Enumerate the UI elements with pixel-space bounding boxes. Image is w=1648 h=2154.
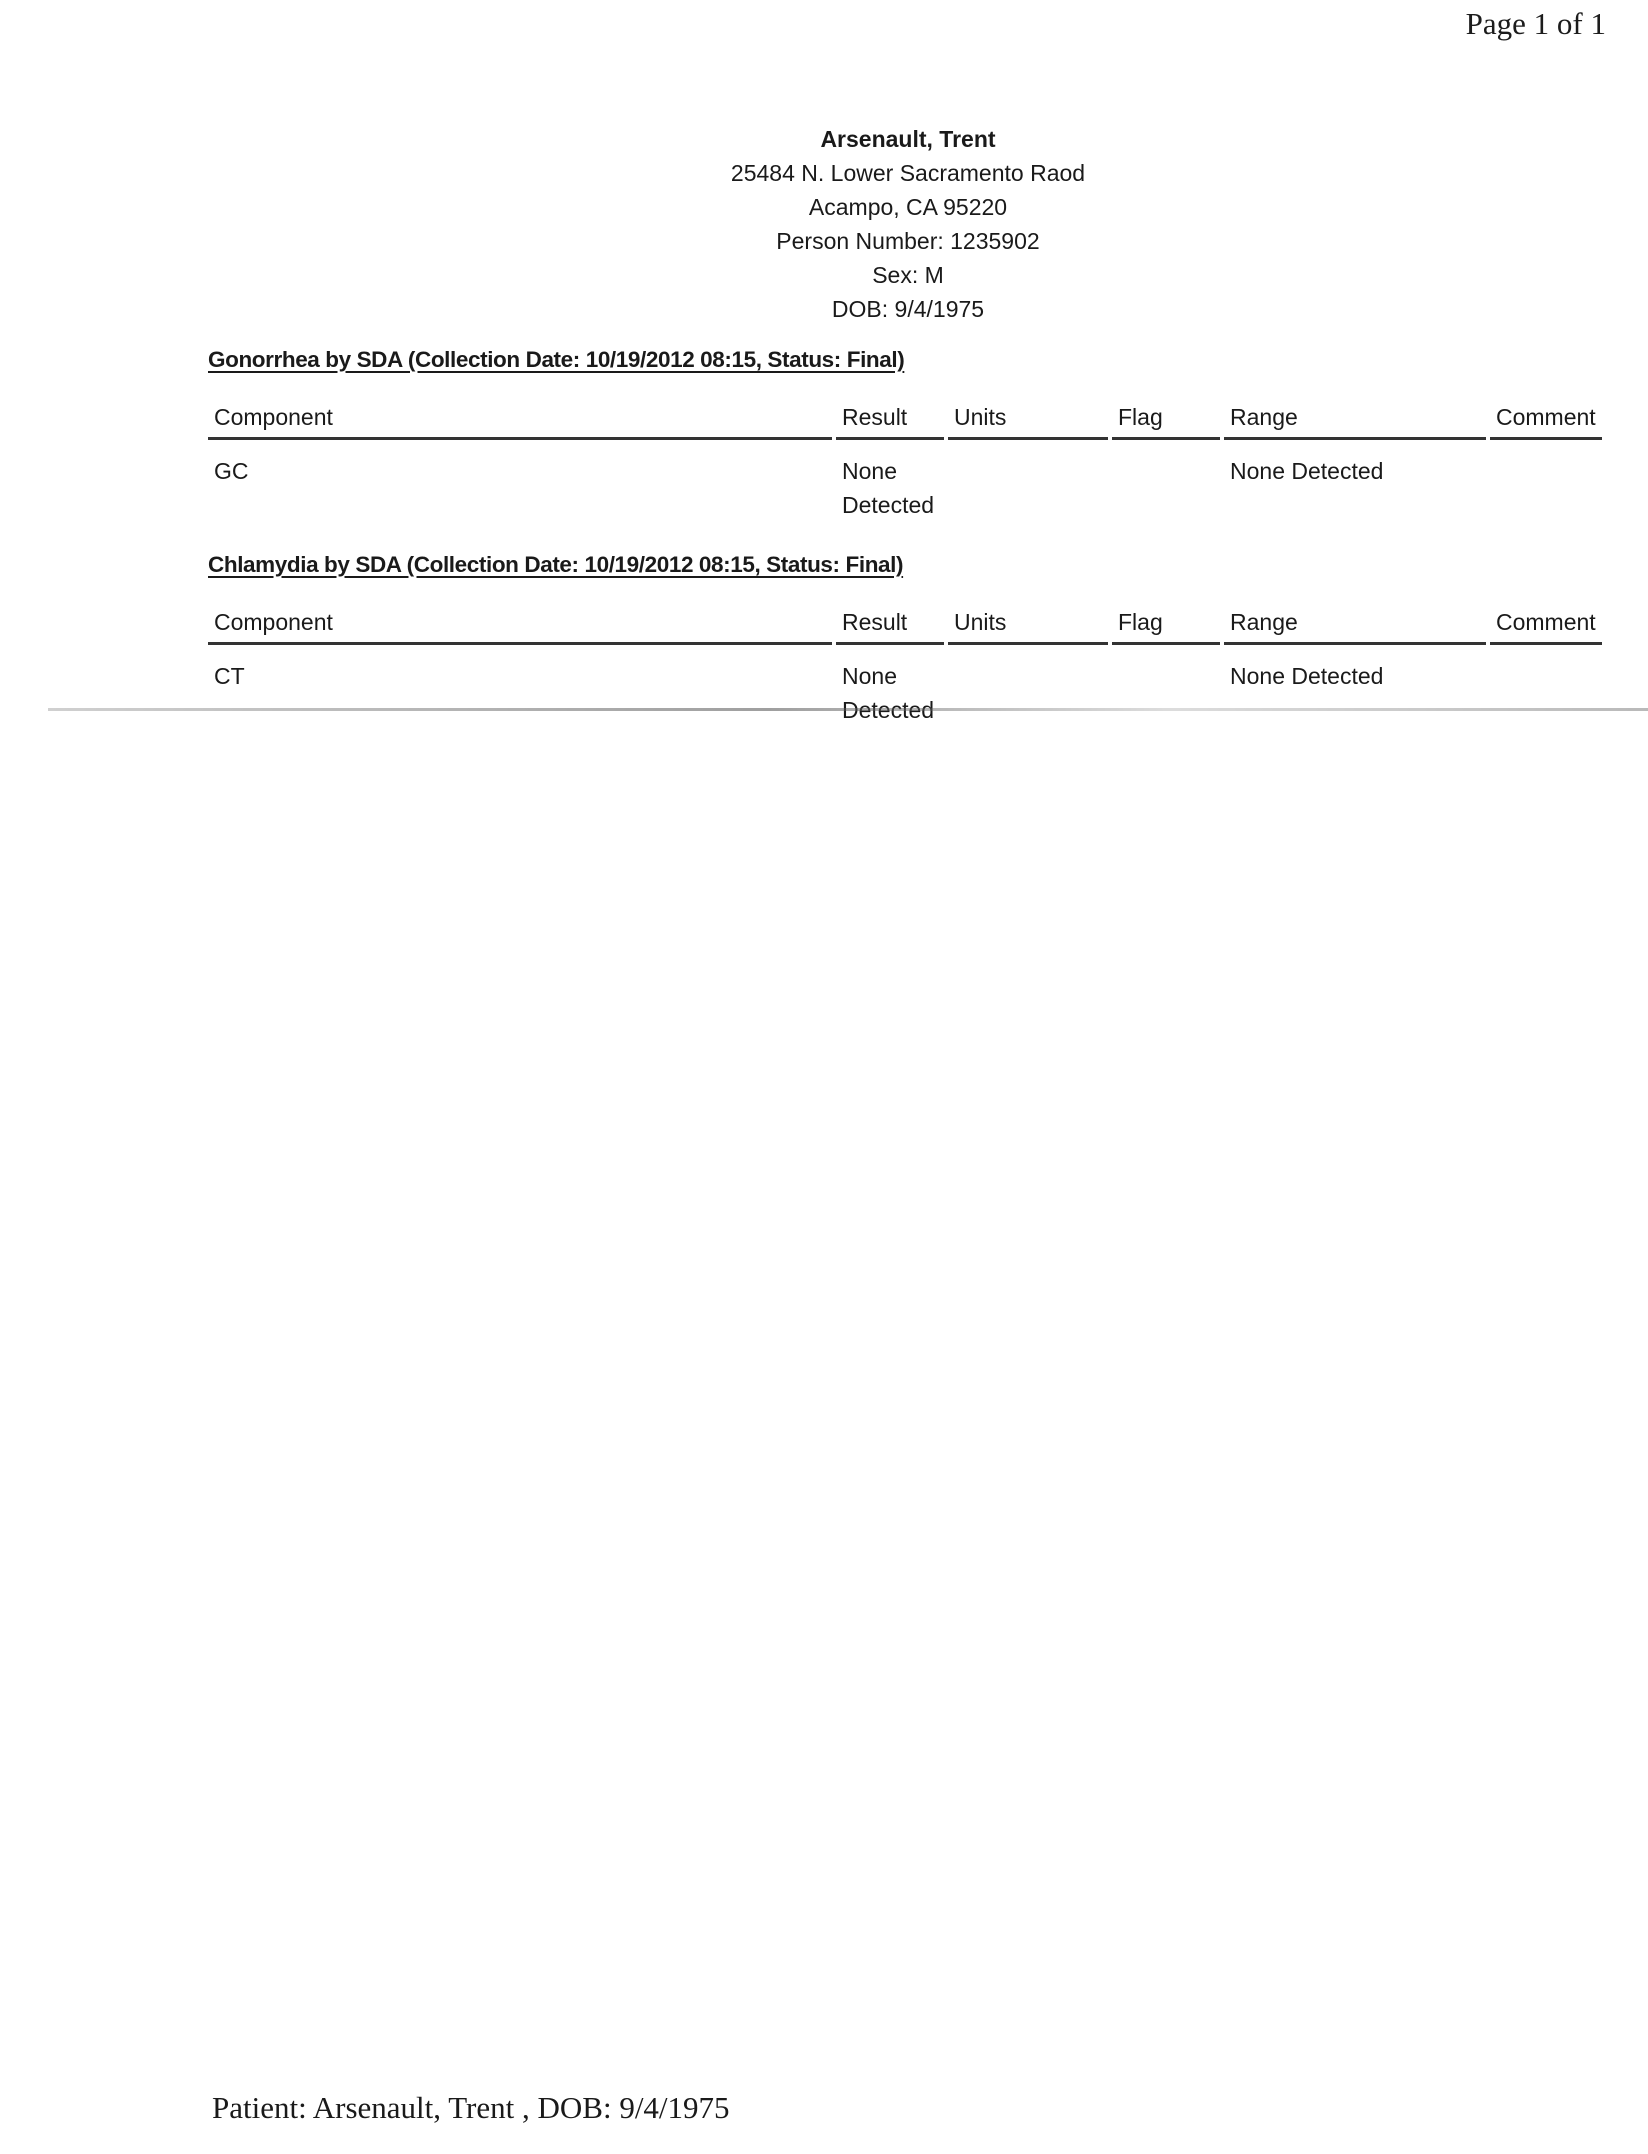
column-header-flag: Flag xyxy=(1112,404,1220,440)
column-header-flag: Flag xyxy=(1112,609,1220,645)
cell-range: None Detected xyxy=(1224,659,1383,693)
section-title-chlamydia: Chlamydia by SDA (Collection Date: 10/19… xyxy=(208,552,903,578)
results-table-chlamydia: Component Result Units Flag Range Commen… xyxy=(208,609,1602,729)
column-header-range: Range xyxy=(1224,609,1486,645)
cell-result-line1: None xyxy=(836,454,897,488)
column-header-units: Units xyxy=(948,404,1108,440)
scan-fold-line xyxy=(48,708,1648,711)
page-indicator: Page 1 of 1 xyxy=(1466,6,1606,42)
column-header-comment: Comment xyxy=(1490,609,1602,645)
cell-result-line1: None xyxy=(836,659,897,693)
cell-range: None Detected xyxy=(1224,454,1383,488)
column-header-result: Result xyxy=(836,609,944,645)
column-header-range: Range xyxy=(1224,404,1486,440)
patient-name: Arsenault, Trent xyxy=(608,122,1208,156)
results-table-gonorrhea: Component Result Units Flag Range Commen… xyxy=(208,404,1602,524)
column-header-component: Component xyxy=(208,609,832,645)
patient-header: Arsenault, Trent 25484 N. Lower Sacramen… xyxy=(608,122,1208,326)
page-footer: Patient: Arsenault, Trent , DOB: 9/4/197… xyxy=(212,2090,730,2126)
patient-address-line2: Acampo, CA 95220 xyxy=(608,190,1208,224)
patient-address-line1: 25484 N. Lower Sacramento Raod xyxy=(608,156,1208,190)
section-title-gonorrhea: Gonorrhea by SDA (Collection Date: 10/19… xyxy=(208,347,904,373)
column-header-units: Units xyxy=(948,609,1108,645)
patient-person-number: Person Number: 1235902 xyxy=(608,224,1208,258)
cell-component: CT xyxy=(208,659,245,693)
patient-dob: DOB: 9/4/1975 xyxy=(608,292,1208,326)
column-header-comment: Comment xyxy=(1490,404,1602,440)
patient-sex: Sex: M xyxy=(608,258,1208,292)
cell-result-line2: Detected xyxy=(836,488,934,522)
column-header-result: Result xyxy=(836,404,944,440)
column-header-component: Component xyxy=(208,404,832,440)
cell-component: GC xyxy=(208,454,249,488)
